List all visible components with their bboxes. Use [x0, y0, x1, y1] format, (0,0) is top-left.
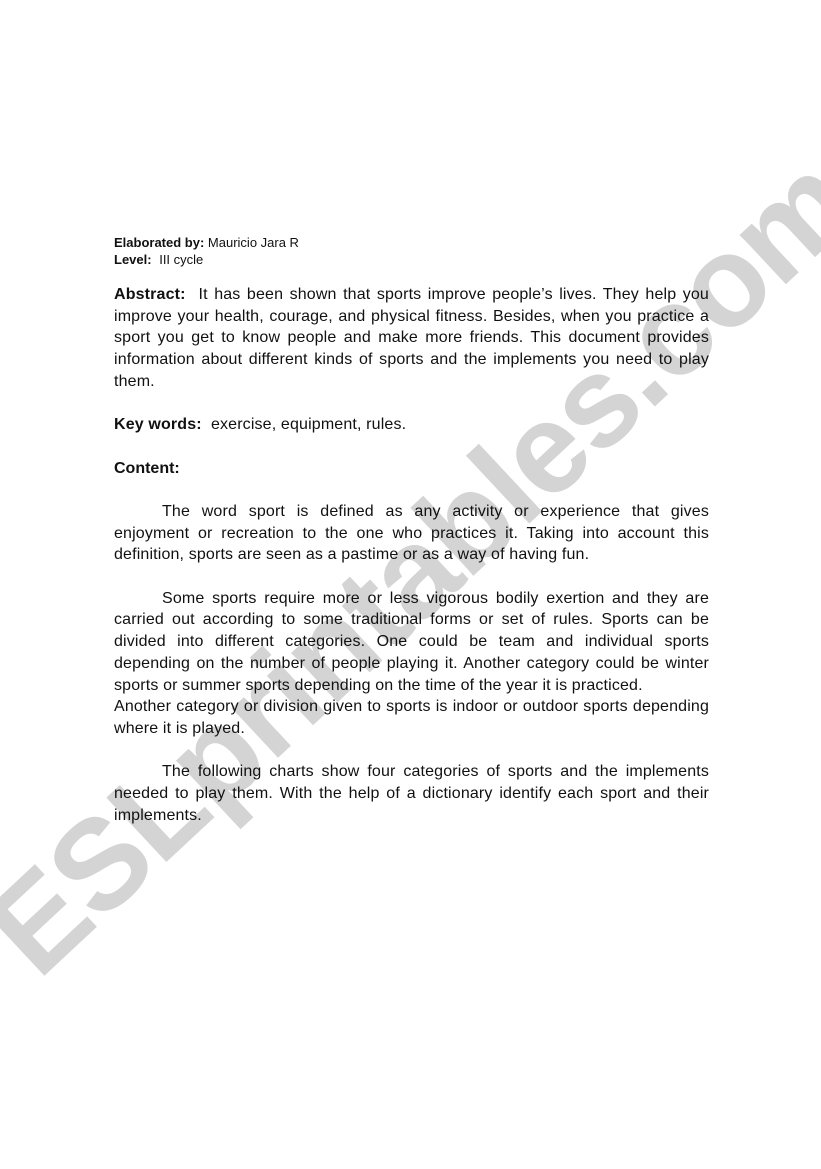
content-paragraph-2: Some sports require more or less vigorou…: [114, 588, 709, 697]
level-line: Level: III cycle: [114, 251, 709, 268]
document-meta: Elaborated by: Mauricio Jara R Level: II…: [114, 234, 709, 268]
keywords-text: exercise, equipment, rules.: [211, 416, 406, 433]
abstract-paragraph: Abstract: It has been shown that sports …: [114, 284, 709, 393]
author-label: Elaborated by:: [114, 235, 204, 250]
author-value: Mauricio Jara R: [208, 235, 299, 250]
author-line: Elaborated by: Mauricio Jara R: [114, 234, 709, 251]
keywords-paragraph: Key words: exercise, equipment, rules.: [114, 414, 709, 436]
content-paragraph-1: The word sport is defined as any activit…: [114, 501, 709, 566]
document-page: Elaborated by: Mauricio Jara R Level: II…: [114, 234, 709, 827]
abstract-label: Abstract:: [114, 286, 186, 303]
content-paragraph-3: Another category or division given to sp…: [114, 696, 709, 739]
keywords-label: Key words:: [114, 416, 202, 433]
content-heading: Content:: [114, 458, 709, 480]
level-label: Level:: [114, 252, 152, 267]
abstract-text: It has been shown that sports improve pe…: [114, 286, 709, 390]
content-paragraph-4: The following charts show four categorie…: [114, 761, 709, 826]
level-value: III cycle: [159, 252, 203, 267]
